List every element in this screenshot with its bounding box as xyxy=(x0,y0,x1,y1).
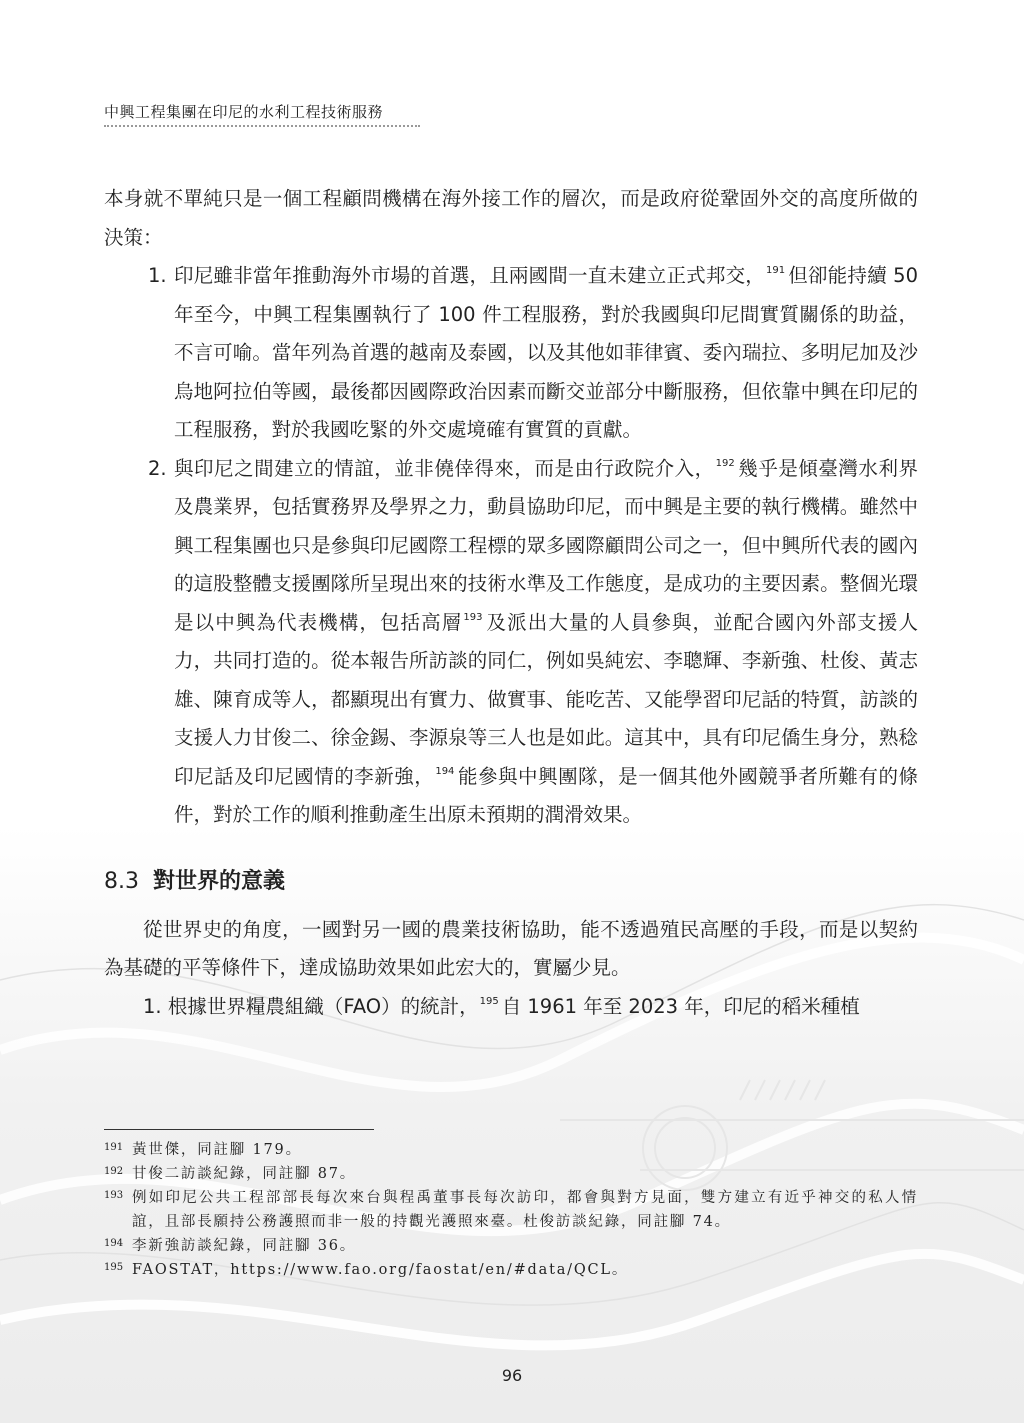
footnote-ref[interactable]: 191 xyxy=(766,265,785,276)
section-number: 8.3 xyxy=(104,869,139,894)
list-number: 2. xyxy=(148,450,167,489)
footnote-text[interactable]: FAOSTAT，https://www.fao.org/faostat/en/#… xyxy=(132,1262,628,1278)
footnote-193: 193 例如印尼公共工程部部長每次來台與程禹董事長每次訪印，都會與對方見面，雙方… xyxy=(104,1186,918,1234)
body-text: 本身就不單純只是一個工程顧問機構在海外接工作的層次，而是政府從鞏固外交的高度所做… xyxy=(104,180,918,1026)
footnote-number: 193 xyxy=(104,1184,123,1208)
footnote-text: 黃世傑，同註腳 179。 xyxy=(132,1142,302,1158)
footnote-number: 195 xyxy=(104,1256,123,1280)
list-item-1: 1. 印尼雖非當年推動海外市場的首選，且兩國間一直未建立正式邦交，191但卻能持… xyxy=(104,257,918,450)
footnote-191: 191 黃世傑，同註腳 179。 xyxy=(104,1138,918,1162)
section-paragraph: 從世界史的角度，一國對另一國的農業技術協助，能不透過殖民高壓的手段，而是以契約為… xyxy=(104,911,918,988)
list-item-2: 2. 與印尼之間建立的情誼，並非僥倖得來，而是由行政院介入，192幾乎是傾臺灣水… xyxy=(104,450,918,835)
footnote-text: 李新強訪談紀錄，同註腳 36。 xyxy=(132,1238,356,1254)
footnote-ref[interactable]: 193 xyxy=(463,612,482,623)
footnote-text: 甘俊二訪談紀錄，同註腳 87。 xyxy=(132,1166,356,1182)
intro-paragraph: 本身就不單純只是一個工程顧問機構在海外接工作的層次，而是政府從鞏固外交的高度所做… xyxy=(104,180,918,257)
list-number: 1. xyxy=(143,995,162,1018)
footnotes: 191 黃世傑，同註腳 179。 192 甘俊二訪談紀錄，同註腳 87。 193… xyxy=(104,1138,918,1282)
footnote-ref[interactable]: 195 xyxy=(480,996,499,1007)
footnote-ref[interactable]: 192 xyxy=(716,458,735,469)
section-title: 對世界的意義 xyxy=(153,869,285,894)
footnote-ref[interactable]: 194 xyxy=(435,766,454,777)
footnote-number: 191 xyxy=(104,1136,123,1160)
footnote-195: 195 FAOSTAT，https://www.fao.org/faostat/… xyxy=(104,1258,918,1282)
section-list-item-1: 1. 根據世界糧農組織（FAO）的統計，195自 1961 年至 2023 年，… xyxy=(104,988,918,1027)
footnote-text: 例如印尼公共工程部部長每次來台與程禹董事長每次訪印，都會與對方見面，雙方建立有近… xyxy=(132,1190,918,1230)
footnote-192: 192 甘俊二訪談紀錄，同註腳 87。 xyxy=(104,1162,918,1186)
running-head-title: 中興工程集團在印尼的水利工程技術服務 xyxy=(104,101,383,122)
document-page: 中興工程集團在印尼的水利工程技術服務 本身就不單純只是一個工程顧問機構在海外接工… xyxy=(0,0,1024,1423)
list-number: 1. xyxy=(148,257,167,296)
section-heading: 8.3對世界的意義 xyxy=(104,865,918,899)
footnote-194: 194 李新強訪談紀錄，同註腳 36。 xyxy=(104,1234,918,1258)
footnote-number: 194 xyxy=(104,1232,123,1256)
running-head-dotted-rule xyxy=(104,125,420,127)
footnote-separator xyxy=(104,1129,374,1130)
footnote-number: 192 xyxy=(104,1160,123,1184)
page-number: 96 xyxy=(0,1366,1024,1385)
